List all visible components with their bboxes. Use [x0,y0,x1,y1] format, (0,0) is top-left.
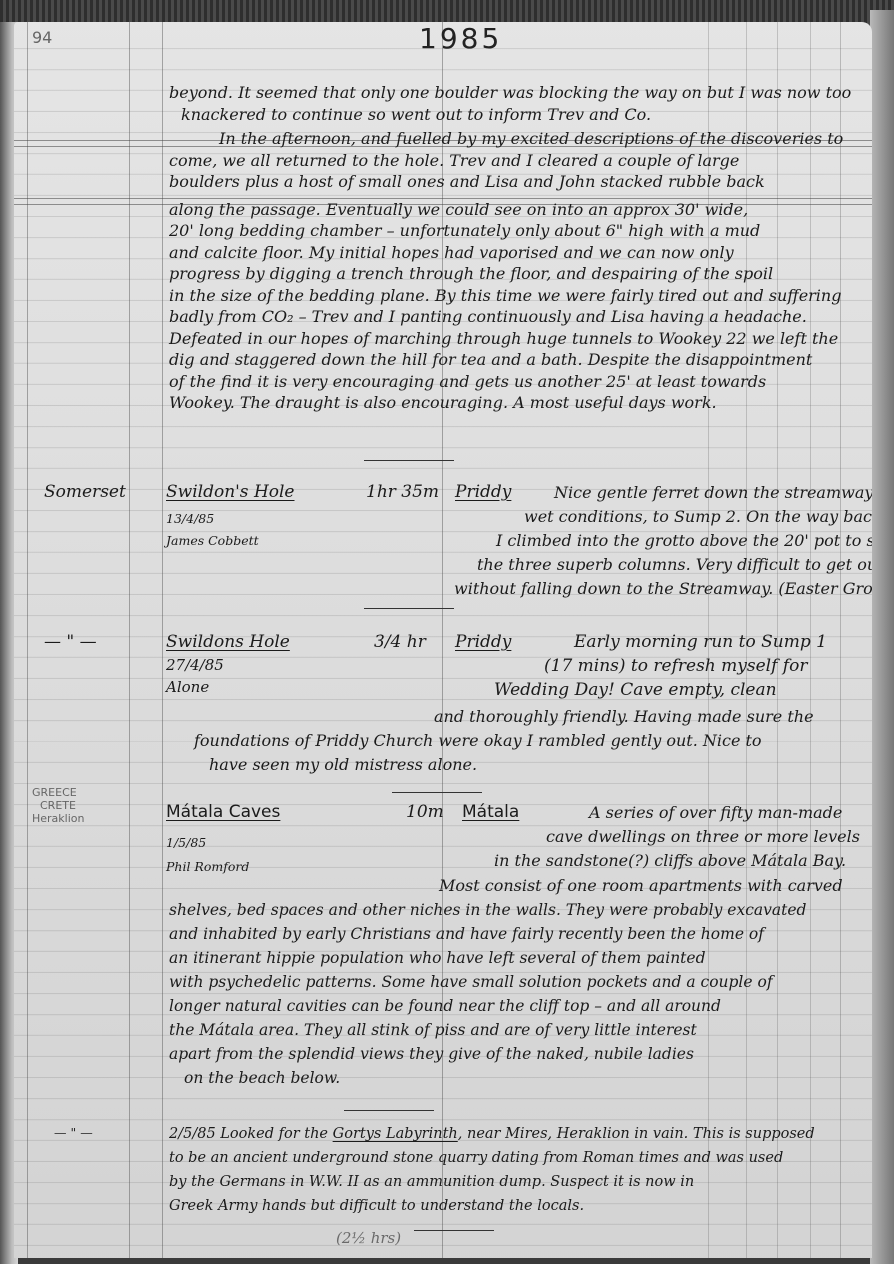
entry-companions: Phil Romford [166,858,249,876]
entry-duration: (2½ hrs) [336,1228,401,1250]
entry-notes-line: (17 mins) to refresh myself for [544,656,807,678]
entry-separator [414,1230,494,1231]
entry-duration: 3/4 hr [374,632,426,654]
text-line: Defeated in our hopes of marching throug… [169,328,851,350]
entry-cave-name: Swildon's Hole [166,482,295,504]
entry-date: 2/5/85 [169,1126,216,1142]
entry-notes-line: and inhabited by early Christians and ha… [169,924,764,946]
entry-location: Priddy [455,632,511,654]
area-country: GREECE [32,786,85,799]
text-line: come, we all returned to the hole. Trev … [169,150,851,172]
text-line: Wookey. The draught is also encouraging.… [169,392,851,414]
entry-cave-name: Mátala Caves [166,802,280,824]
column-line-cave [162,22,163,1258]
entry-area: GREECE CRETE Heraklion [32,786,85,825]
notes-prefix: Looked for the [220,1126,328,1142]
entry-notes-line: to be an ancient underground stone quarr… [169,1148,783,1170]
text-line: In the afternoon, and fuelled by my exci… [169,128,851,150]
text-line: boulders plus a host of small ones and L… [169,171,851,193]
logbook-page: 94 1985 beyond. It seemed that only one … [14,22,872,1258]
entry-notes-line: without falling down to the Streamway. (… [454,578,872,600]
entry-separator [344,1110,434,1111]
entry-notes-line: Greek Army hands but difficult to unders… [169,1196,584,1218]
entry-companions: Alone [166,678,209,696]
entry-notes-line: the three superb columns. Very difficult… [477,554,872,576]
entry-notes-line: A series of over fifty man-made [589,802,842,824]
entry-notes-line: Nice gentle ferret down the streamway in [554,482,872,504]
entry-notes-line: Most consist of one room apartments with… [439,875,843,897]
entry-notes-line: the Mátala area. They all stink of piss … [169,1020,697,1042]
entry-notes-line: 2/5/85 Looked for the Gortys Labyrinth, … [169,1124,815,1146]
entry-separator [364,460,454,461]
text-line: and calcite floor. My initial hopes had … [169,242,851,264]
entry-date: 27/4/85 [166,656,224,674]
text-line: in the size of the bedding plane. By thi… [169,285,851,307]
site-name: Gortys Labyrinth [333,1126,458,1142]
page-year: 1985 [419,22,502,55]
text-line: dig and staggered down the hill for tea … [169,349,851,371]
entry-notes-line: cave dwellings on three or more levels [546,826,860,848]
text-line: knackered to continue so went out to inf… [169,104,851,126]
page-edge-shadow [870,10,894,1264]
entry-notes-line: apart from the splendid views they give … [169,1044,694,1066]
entry-notes-line: longer natural cavities can be found nea… [169,996,721,1018]
entry-duration: 1hr 35m [366,482,439,504]
entry-notes-line: shelves, bed spaces and other niches in … [169,900,806,922]
entry-date: 1/5/85 [166,834,206,852]
area-island: CRETE [32,799,85,812]
entry-notes-line: and thoroughly friendly. Having made sur… [434,706,814,728]
entry-date: 13/4/85 [166,510,214,528]
entry-area: — " — [44,632,97,654]
text-line: along the passage. Eventually we could s… [169,199,851,221]
entry-area: — " — [54,1124,93,1142]
entry-notes-line: in the sandstone(?) cliffs above Mátala … [494,850,846,872]
entry-notes-line: an itinerant hippie population who have … [169,948,706,970]
page-number: 94 [32,28,52,47]
entry-location: Mátala [462,802,519,824]
area-region: Heraklion [32,812,85,825]
text-line: 20' long bedding chamber – unfortunately… [169,220,851,242]
entry-notes-line: I climbed into the grotto above the 20' … [496,530,872,552]
entry-separator [392,792,482,793]
text-line: beyond. It seemed that only one boulder … [169,82,851,104]
entry-separator [364,608,454,609]
entry-notes-line: foundations of Priddy Church were okay I… [194,730,762,752]
entry-duration: 10m [406,802,444,824]
entry-location: Priddy [455,482,511,504]
entry-cave-name: Swildons Hole [166,632,290,654]
entry-companions: James Cobbett [166,532,259,550]
continuation-text: beyond. It seemed that only one boulder … [169,82,851,414]
entry-notes-line: wet conditions, to Sump 2. On the way ba… [524,506,872,528]
entry-notes-line: Early morning run to Sump 1 [574,632,827,654]
margin-line-left [27,22,28,1258]
entry-area: Somerset [44,482,126,504]
entry-notes-line: on the beach below. [184,1068,340,1090]
text-line: badly from CO₂ – Trev and I panting cont… [169,306,851,328]
text-line: of the find it is very encouraging and g… [169,371,851,393]
text-line: progress by digging a trench through the… [169,263,851,285]
entry-notes-line: by the Germans in W.W. II as an ammuniti… [169,1172,694,1194]
entry-notes-line: with psychedelic patterns. Some have sma… [169,972,773,994]
notes-suffix: , near Mires, Heraklion in vain. This is… [458,1126,815,1142]
column-line-area [129,22,130,1258]
entry-notes-line: have seen my old mistress alone. [209,754,477,776]
entry-notes-line: Wedding Day! Cave empty, clean [494,680,777,702]
